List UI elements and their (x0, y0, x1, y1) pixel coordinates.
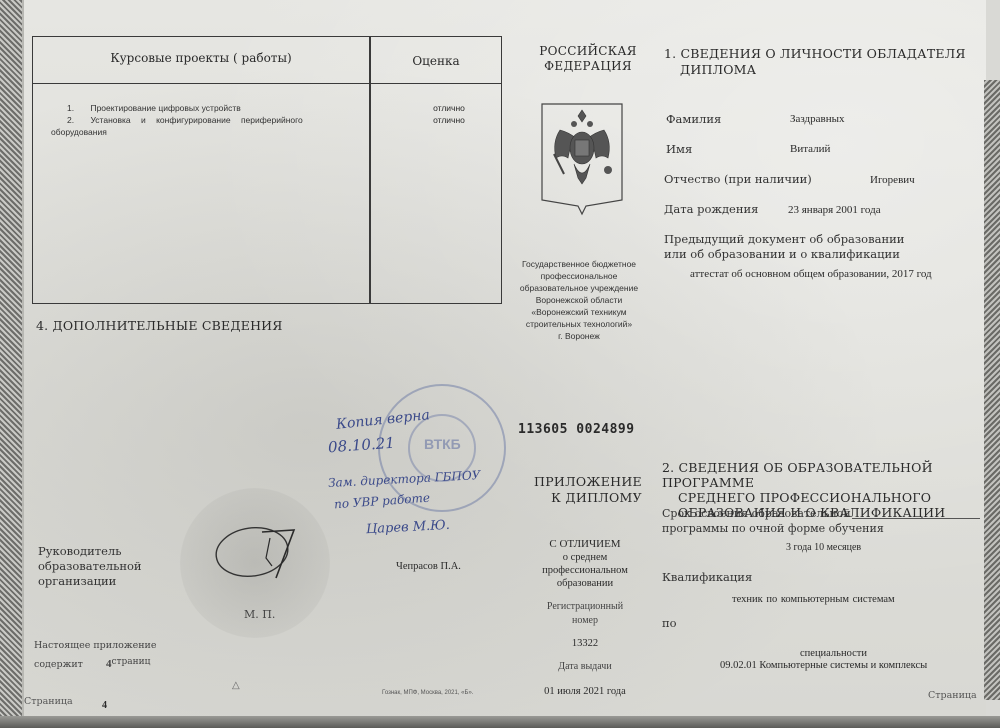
left-page-label: Страница (24, 696, 73, 707)
column-header-grade: Оценка (371, 54, 501, 68)
country-line-1: РОССИЙСКАЯ (538, 44, 638, 59)
duration-value: 3 года 10 месяцев (786, 542, 861, 553)
country-name: РОССИЙСКАЯ ФЕДЕРАЦИЯ (538, 44, 638, 74)
seal-label: М. П. (244, 608, 275, 621)
issue-date: 01 июля 2021 года (520, 686, 650, 697)
stamp-logo: ВТКБ (424, 436, 461, 452)
country-line-2: ФЕДЕРАЦИЯ (538, 59, 638, 74)
previous-document-label-line-2: или об образовании и о квалификации (664, 247, 904, 262)
registration-number: 13322 (530, 638, 640, 649)
table-row: 2. Установка и конфигурирование перифери… (67, 115, 357, 125)
serial-number: 113605 0024899 (518, 422, 635, 437)
institution-line: строительных технологий» (514, 318, 644, 330)
specialty-label: специальности (800, 648, 867, 659)
printer-imprint: Гознак, МПФ, Москва, 2021, «Б». (382, 690, 473, 696)
section-2-title-line-1: 2. СВЕДЕНИЯ ОБ ОБРАЗОВАТЕЛЬНОЙ ПРОГРАММЕ (662, 460, 1000, 490)
pages-note-suffix: страниц (111, 657, 150, 667)
registration-label-line-1: Регистрационный (530, 600, 640, 614)
section-1-title-line-2: ДИПЛОМА (664, 62, 966, 78)
row-number: 2. (67, 115, 74, 125)
left-page-number: 4 (102, 700, 107, 711)
dob-label: Дата рождения (664, 202, 758, 216)
table-divider (369, 37, 371, 303)
appendix-title: ПРИЛОЖЕНИЕ К ДИПЛОМУ (524, 474, 642, 506)
institution-line: образовательное учреждение (514, 282, 644, 294)
right-decorative-border (984, 80, 1000, 700)
honors-line-4: образовании (530, 577, 640, 590)
patronymic-label: Отчество (при наличии) (664, 172, 812, 186)
row-grade: отлично (409, 103, 489, 113)
surname-label: Фамилия (666, 112, 721, 126)
by-label: по (662, 616, 677, 630)
institution-name: Государственное бюджетное профессиональн… (514, 258, 644, 342)
qualification-label: Квалификация (662, 570, 752, 584)
row-title: Проектирование цифровых устройств (90, 103, 240, 113)
previous-document-label: Предыдущий документ об образовании или о… (664, 232, 904, 262)
section-4-title: 4. ДОПОЛНИТЕЛЬНЫЕ СВЕДЕНИЯ (36, 318, 283, 333)
honors-block: С ОТЛИЧИЕМ о среднем профессиональном об… (530, 538, 640, 590)
column-header-projects: Курсовые проекты ( работы) (33, 51, 369, 65)
previous-document-value: аттестат об основном общем образовании, … (690, 268, 932, 280)
head-label: Руководитель образовательной организации (38, 544, 142, 589)
dob-value: 23 января 2001 года (788, 204, 881, 216)
appendix-title-line-1: ПРИЛОЖЕНИЕ (524, 474, 642, 490)
row-grade: отлично (409, 115, 489, 125)
head-signature-icon (212, 520, 308, 584)
section-1-title: 1. СВЕДЕНИЯ О ЛИЧНОСТИ ОБЛАДАТЕЛЯ ДИПЛОМ… (664, 46, 966, 78)
qualification-value: техник по компьютерным системам (732, 594, 895, 605)
row-title: Установка и конфигурирование периферийно… (90, 115, 302, 125)
previous-document-label-line-1: Предыдущий документ об образовании (664, 232, 904, 247)
appendix-title-line-2: К ДИПЛОМУ (524, 490, 642, 506)
course-projects-table: Курсовые проекты ( работы) Оценка 1. Про… (32, 36, 502, 304)
honors-line-3: профессиональном (530, 564, 640, 577)
right-page-label: Страница (928, 690, 977, 701)
institution-line: Воронежской области (514, 294, 644, 306)
russian-coat-of-arms-icon (540, 102, 624, 220)
institution-line: профессиональное (514, 270, 644, 282)
row-number: 1. (67, 103, 74, 113)
head-label-line-3: организации (38, 574, 142, 589)
institution-line: г. Воронеж (514, 330, 644, 342)
name-label: Имя (666, 142, 692, 156)
duration-label-line-2: программы по очной форме обучения (662, 521, 884, 536)
left-decorative-border (0, 0, 24, 728)
honors-line-2: о среднем (530, 551, 640, 564)
head-label-line-2: образовательной (38, 559, 142, 574)
triangle-mark-icon: △ (232, 680, 240, 691)
patronymic-value: Игоревич (870, 174, 915, 186)
section-1-title-line-1: 1. СВЕДЕНИЯ О ЛИЧНОСТИ ОБЛАДАТЕЛЯ (664, 46, 966, 62)
row-title-continued: оборудования (51, 127, 107, 137)
duration-label-line-1: Срок освоения образовательной (662, 506, 884, 521)
registration-label: Регистрационный номер (530, 600, 640, 628)
registration-label-line-2: номер (530, 614, 640, 628)
honors-line-1: С ОТЛИЧИЕМ (530, 538, 640, 551)
duration-underline (852, 518, 980, 519)
section-2-title-line-2: СРЕДНЕГО ПРОФЕССИОНАЛЬНОГО (662, 490, 1000, 505)
institution-line: «Воронежский техникум (514, 306, 644, 318)
name-value: Виталий (790, 143, 830, 155)
institution-line: Государственное бюджетное (514, 258, 644, 270)
head-name: Чепрасов П.А. (396, 561, 461, 572)
head-label-line-1: Руководитель (38, 544, 142, 559)
table-row: 1. Проектирование цифровых устройств (67, 103, 241, 113)
pages-note-line-1: Настоящее приложение (34, 638, 156, 654)
specialty-value: 09.02.01 Компьютерные системы и комплекс… (720, 660, 927, 671)
pages-note: Настоящее приложение содержит 4страниц (34, 638, 156, 673)
issue-date-label: Дата выдачи (530, 661, 640, 672)
duration-label: Срок освоения образовательной программы … (662, 506, 884, 536)
surname-value: Заздравных (790, 113, 845, 125)
bottom-edge-shadow (0, 716, 1000, 728)
pages-note-prefix: содержит (34, 659, 83, 670)
